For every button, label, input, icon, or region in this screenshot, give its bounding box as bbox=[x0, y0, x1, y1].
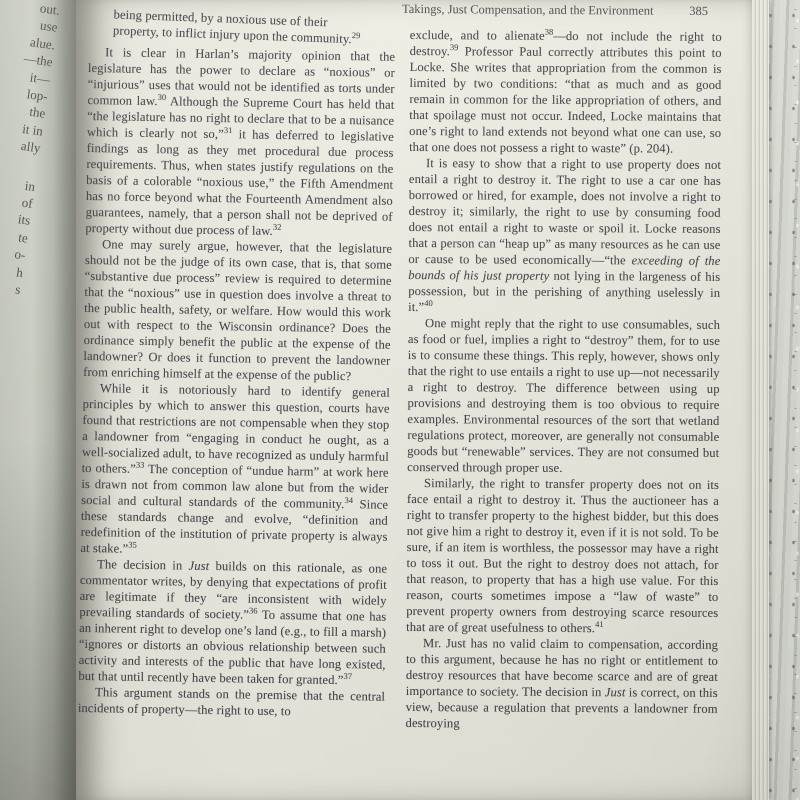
text-fragment: lop- bbox=[0, 80, 49, 106]
fragment-gap bbox=[0, 149, 39, 178]
text-fragment: te bbox=[0, 221, 29, 247]
paragraph: It is clear in Harlan’s majority opinion… bbox=[85, 44, 395, 241]
footnote-ref: 34 bbox=[344, 495, 353, 505]
book-photo-scene: out.usealue.—theit—lop-theit inallyinofi… bbox=[0, 0, 800, 800]
text-run: The decision in bbox=[97, 557, 189, 572]
text-fragment: its bbox=[0, 204, 31, 230]
text-fragment: ally bbox=[0, 132, 42, 158]
text-fragment: out. bbox=[0, 0, 61, 19]
text-run: This argument stands on the premise that… bbox=[78, 685, 385, 718]
text-fragment: alue. bbox=[0, 28, 56, 54]
text-fragment: use bbox=[0, 11, 59, 37]
page-edge-stack bbox=[752, 0, 769, 800]
text-fragment: h bbox=[0, 256, 24, 282]
paragraph: being permitted, by a noxious use of the… bbox=[113, 7, 370, 48]
paragraph: Similarly, the right to transfer propert… bbox=[406, 475, 719, 637]
text-run: exclude, and to alienate bbox=[410, 28, 545, 43]
text-fragment: the bbox=[0, 97, 46, 123]
text-fragment: it— bbox=[0, 63, 51, 89]
text-run: Similarly, the right to transfer propert… bbox=[406, 476, 719, 635]
paragraph: exclude, and to alienate38—do not includ… bbox=[409, 27, 722, 157]
right-column: exclude, and to alienate38—do not includ… bbox=[406, 0, 722, 733]
footnote-ref: 29 bbox=[352, 30, 361, 40]
paragraph: While it is notoriously hard to identify… bbox=[80, 380, 390, 561]
text-fragment: s bbox=[0, 273, 22, 299]
paragraph: Mr. Just has no valid claim to compensat… bbox=[406, 635, 719, 733]
footnote-ref: 40 bbox=[424, 298, 433, 308]
text-run: being permitted, by a noxious use of the… bbox=[113, 7, 352, 45]
footnote-ref: 32 bbox=[273, 222, 282, 232]
footnote-ref: 35 bbox=[128, 540, 137, 550]
text-run: While it is notoriously hard to identify… bbox=[82, 381, 390, 476]
footnote-ref: 39 bbox=[450, 42, 459, 52]
paragraph: One may surely argue, however, that the … bbox=[83, 236, 392, 385]
footnote-ref: 33 bbox=[136, 460, 145, 470]
footnote-ref: 37 bbox=[343, 671, 352, 681]
text-run: It is easy to show that a right to use p… bbox=[408, 156, 721, 267]
left-column: being permitted, by a noxious use of the… bbox=[78, 0, 396, 736]
opposite-page-edge: out.usealue.—theit—lop-theit inallyinofi… bbox=[0, 0, 76, 800]
text-run: Just bbox=[605, 685, 626, 699]
footnote-ref: 30 bbox=[158, 92, 167, 102]
text-fragment: of bbox=[0, 187, 34, 213]
paragraph: One might reply that the right to use co… bbox=[407, 315, 720, 477]
paragraph: The decision in Just builds on this rati… bbox=[78, 556, 387, 689]
text-columns: being permitted, by a noxious use of the… bbox=[89, 0, 737, 731]
text-run: Professor Paul correctly attributes this… bbox=[409, 44, 722, 155]
left-page-text-fragments: out.usealue.—theit—lop-theit inallyinofi… bbox=[0, 0, 61, 299]
paragraph: It is easy to show that a right to use p… bbox=[408, 155, 721, 317]
text-fragment: o- bbox=[0, 239, 27, 265]
text-fragment: in bbox=[0, 170, 36, 196]
book-page: Takings, Just Compensation, and the Envi… bbox=[76, 0, 752, 800]
text-run: Just bbox=[188, 559, 209, 573]
text-fragment: —the bbox=[0, 45, 54, 71]
text-run: it has deferred to legislative findings … bbox=[85, 127, 394, 238]
paragraph: This argument stands on the premise that… bbox=[78, 684, 385, 721]
footnote-ref: 41 bbox=[595, 619, 604, 629]
text-fragment: it in bbox=[0, 114, 44, 140]
text-run: One may surely argue, however, that the … bbox=[83, 237, 392, 383]
text-run: One might reply that the right to use co… bbox=[407, 316, 720, 475]
